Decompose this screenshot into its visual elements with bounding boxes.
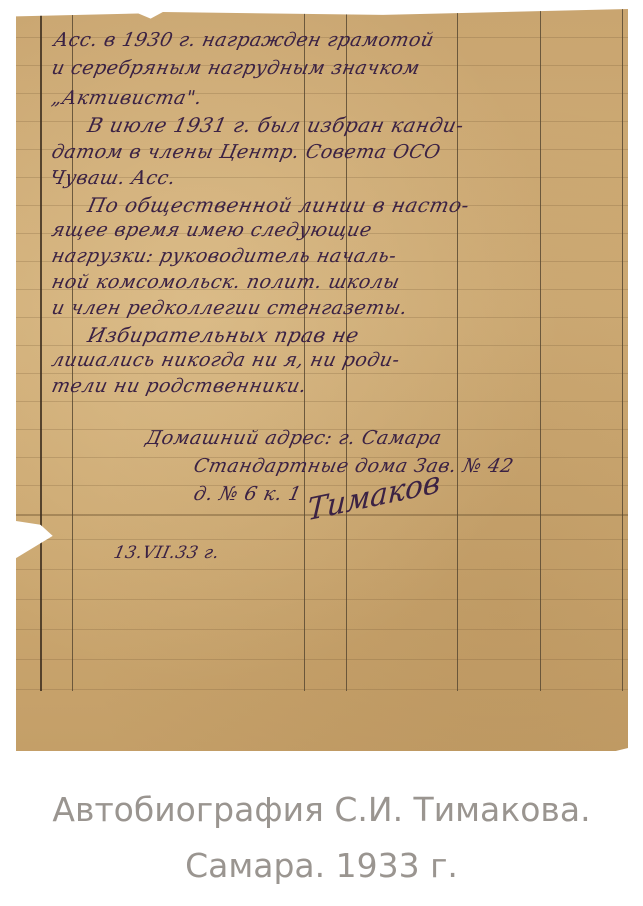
caption-title: Автобиография С.И. Тимакова. (0, 790, 643, 829)
ruled-line (16, 401, 628, 402)
handwritten-line: лишались никогда ни я, ни роди- (50, 349, 402, 371)
column-line (540, 9, 541, 691)
ruled-line (16, 599, 628, 600)
handwritten-line: и член редколлегии стенгазеты. (50, 297, 410, 319)
handwritten-line: Избирательных прав не (85, 323, 361, 347)
margin-line (40, 9, 42, 691)
ruled-line (16, 569, 628, 570)
handwritten-line: По общественной линии в насто- (85, 193, 471, 217)
address-line: Стандартные дома Зав. № 42 (192, 455, 516, 477)
ruled-line (16, 485, 628, 486)
handwritten-line: и серебряным нагрудным значком (50, 57, 422, 79)
ruled-line (16, 539, 628, 540)
document-date: 13.VII.33 г. (112, 543, 221, 563)
column-line (457, 9, 458, 691)
handwritten-line: ящее время имею следующие (50, 219, 374, 241)
address-line: Домашний адрес: г. Самара (144, 427, 444, 449)
handwritten-line: „Активиста". (50, 87, 205, 109)
ruled-line (16, 659, 628, 660)
ruled-line (16, 629, 628, 630)
handwritten-line: тели ни родственники. (50, 375, 309, 397)
handwritten-line: нагрузки: руководитель началь- (50, 245, 399, 267)
caption-subtitle: Самара. 1933 г. (0, 846, 643, 885)
document-photo: Асс. в 1930 г. награжден грамотой и сере… (16, 9, 628, 751)
ruled-line (16, 689, 628, 690)
handwritten-line: датом в члены Центр. Совета ОСО (50, 141, 443, 163)
ruled-line (16, 373, 628, 374)
handwritten-line: Чуваш. Асс. (48, 167, 178, 189)
handwritten-line: ной комсомольск. полит. школы (50, 271, 402, 293)
address-line: д. № 6 к. 1 (192, 483, 304, 505)
handwritten-line: В июле 1931 г. был избран канди- (85, 113, 466, 137)
handwritten-line: Асс. в 1930 г. награжден грамотой (52, 29, 436, 51)
column-line (622, 9, 623, 691)
